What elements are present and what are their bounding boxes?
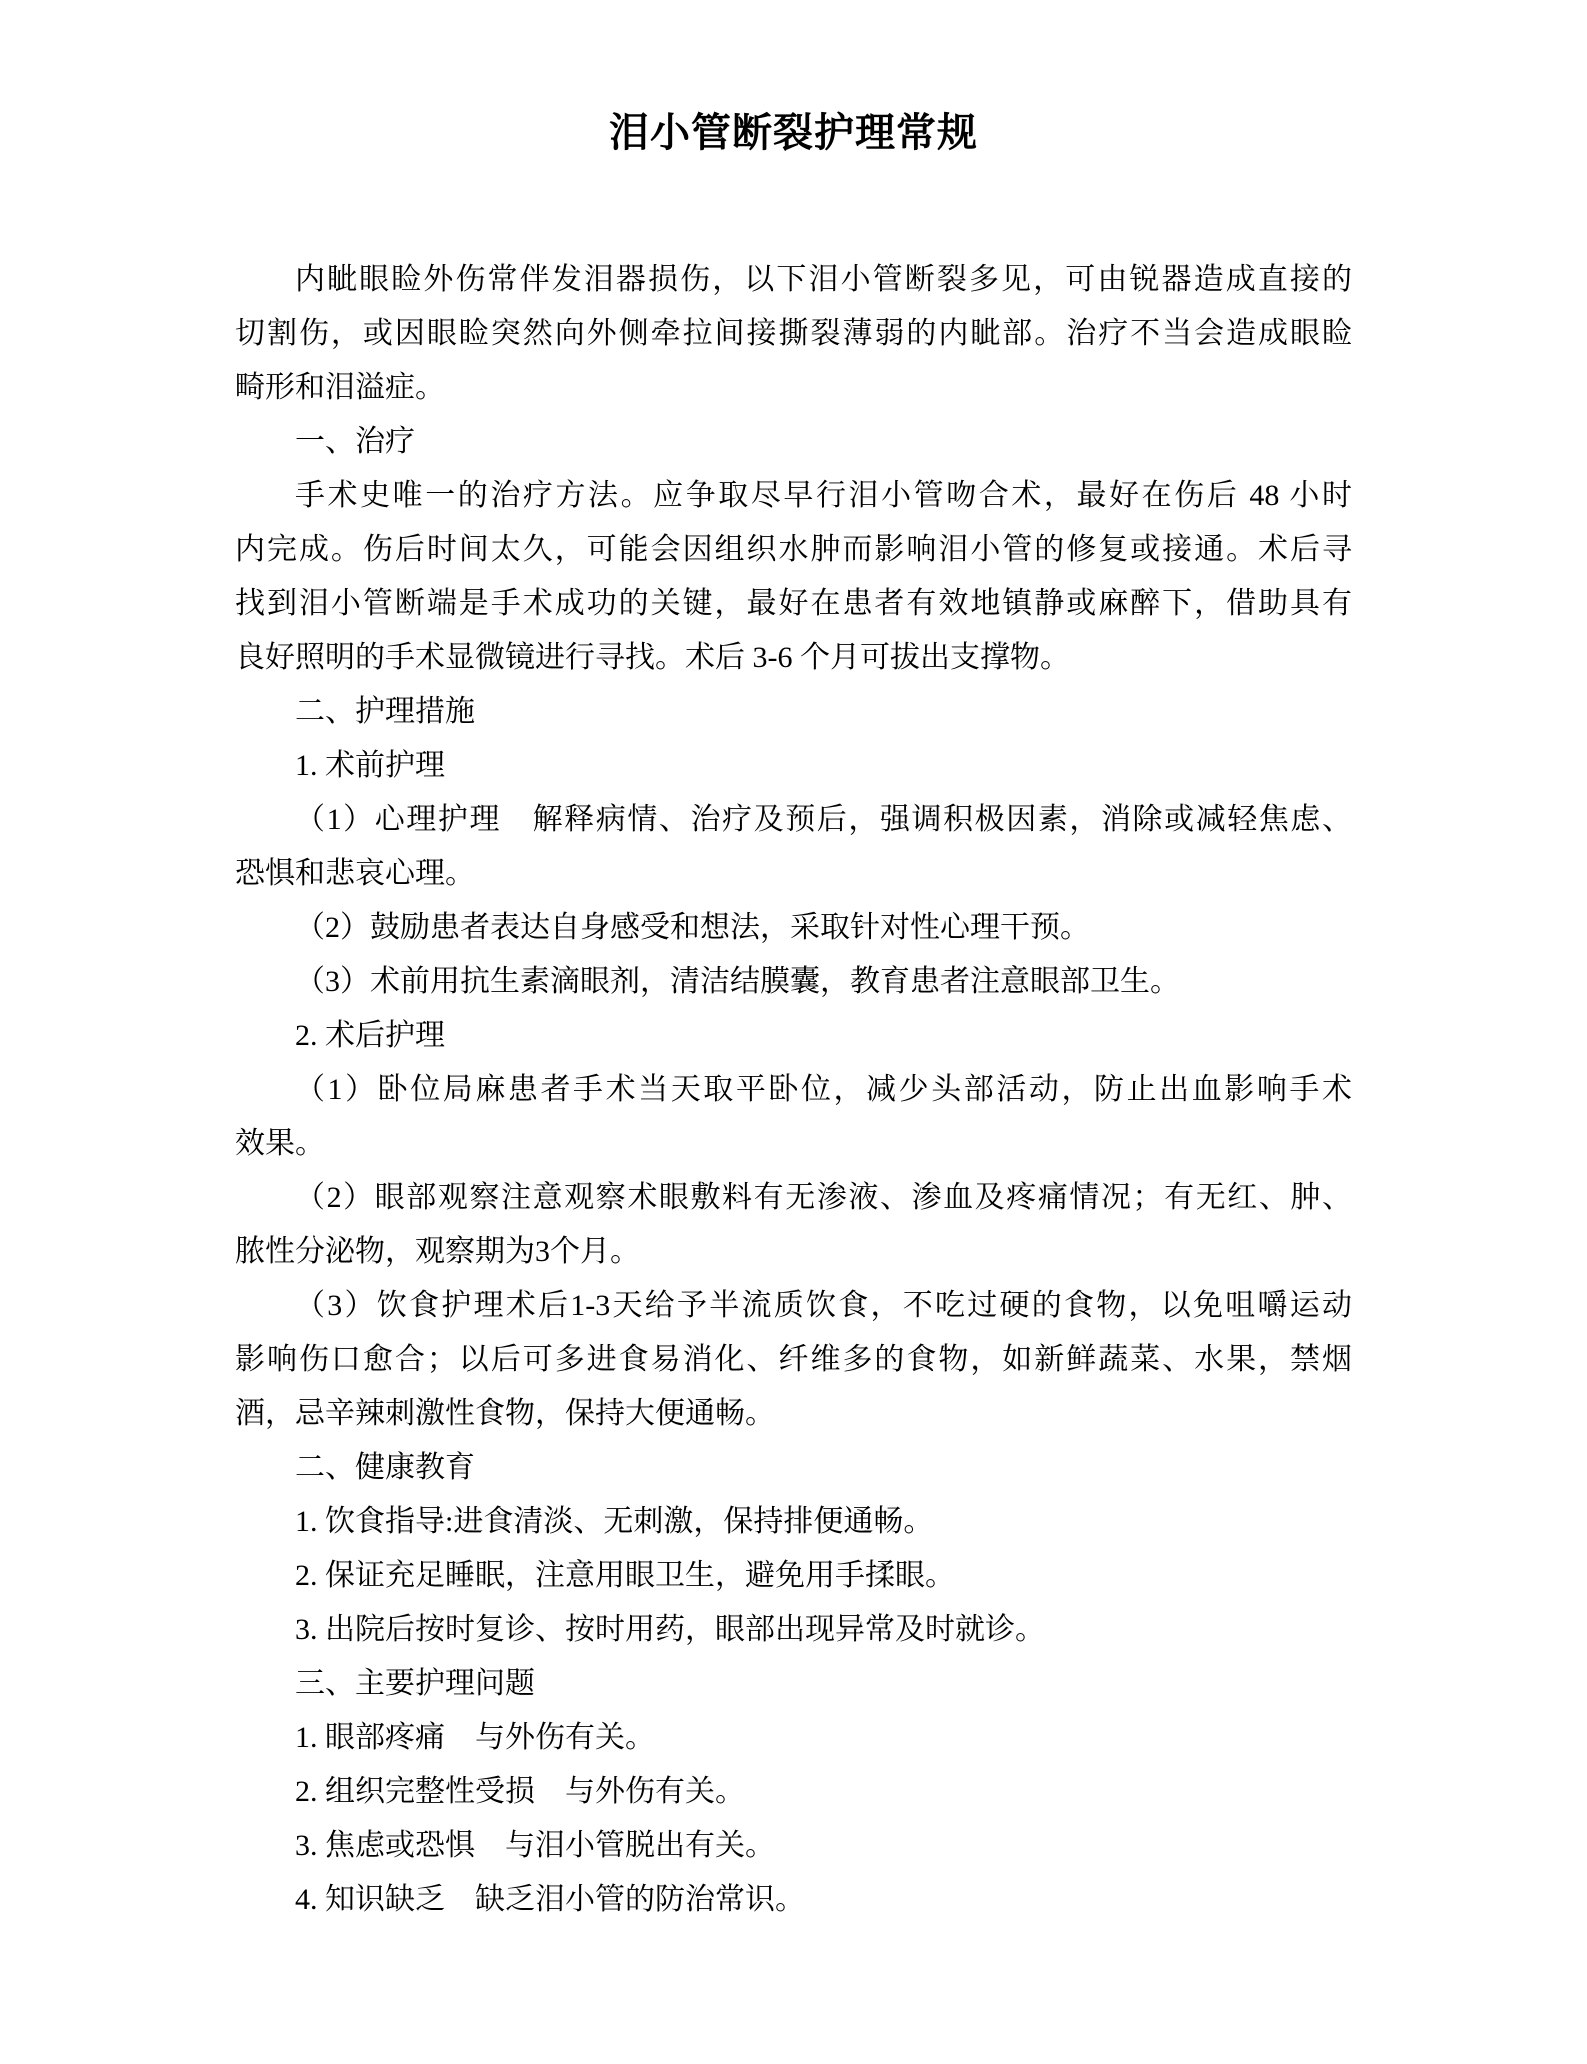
list-item-line: 恐惧和悲哀心理。 — [235, 847, 1352, 901]
list-item-line: 1. 眼部疼痛 与外伤有关。 — [235, 1711, 1352, 1765]
list-item-line: 4. 知识缺乏 缺乏泪小管的防治常识。 — [235, 1873, 1352, 1927]
list-item-line: （2）鼓励患者表达自身感受和想法，采取针对性心理干预。 — [235, 901, 1352, 955]
list-item-line: 效果。 — [235, 1117, 1352, 1171]
paragraph-line: 良好照明的手术显微镜进行寻找。术后 3-6 个月可拔出支撑物。 — [235, 631, 1352, 685]
subsection-heading: 2. 术后护理 — [235, 1009, 1352, 1063]
section-heading: 二、健康教育 — [235, 1441, 1352, 1495]
document-title: 泪小管断裂护理常规 — [235, 105, 1352, 161]
paragraph-line: 找到泪小管断端是手术成功的关键，最好在患者有效地镇静或麻醉下，借助具有 — [235, 577, 1352, 631]
list-item-line: 脓性分泌物，观察期为3个月。 — [235, 1225, 1352, 1279]
list-item-line: 2. 组织完整性受损 与外伤有关。 — [235, 1765, 1352, 1819]
paragraph-line: 畸形和泪溢症。 — [235, 361, 1352, 415]
paragraph-line: 内眦眼睑外伤常伴发泪器损伤，以下泪小管断裂多见，可由锐器造成直接的 — [235, 253, 1352, 307]
list-item-line: （1）卧位局麻患者手术当天取平卧位，减少头部活动，防止出血影响手术 — [235, 1063, 1352, 1117]
document-page: 泪小管断裂护理常规 内眦眼睑外伤常伴发泪器损伤，以下泪小管断裂多见，可由锐器造成… — [0, 0, 1587, 2064]
list-item-line: 3. 出院后按时复诊、按时用药，眼部出现异常及时就诊。 — [235, 1603, 1352, 1657]
list-item-line: 3. 焦虑或恐惧 与泪小管脱出有关。 — [235, 1819, 1352, 1873]
list-item-line: 酒，忌辛辣刺激性食物，保持大便通畅。 — [235, 1387, 1352, 1441]
section-heading: 三、主要护理问题 — [235, 1657, 1352, 1711]
paragraph-line: 切割伤，或因眼睑突然向外侧牵拉间接撕裂薄弱的内眦部。治疗不当会造成眼睑 — [235, 307, 1352, 361]
list-item-line: （3）饮食护理术后1-3天给予半流质饮食，不吃过硬的食物，以免咀嚼运动 — [235, 1279, 1352, 1333]
list-item-line: 2. 保证充足睡眠，注意用眼卫生，避免用手揉眼。 — [235, 1549, 1352, 1603]
section-heading: 二、护理措施 — [235, 685, 1352, 739]
list-item-line: 影响伤口愈合；以后可多进食易消化、纤维多的食物，如新鲜蔬菜、水果，禁烟 — [235, 1333, 1352, 1387]
list-item-line: （2）眼部观察注意观察术眼敷料有无渗液、渗血及疼痛情况；有无红、肿、 — [235, 1171, 1352, 1225]
paragraph-line: 手术史唯一的治疗方法。应争取尽早行泪小管吻合术，最好在伤后 48 小时 — [235, 469, 1352, 523]
list-item-line: （3）术前用抗生素滴眼剂，清洁结膜囊，教育患者注意眼部卫生。 — [235, 955, 1352, 1009]
paragraph-line: 内完成。伤后时间太久，可能会因组织水肿而影响泪小管的修复或接通。术后寻 — [235, 523, 1352, 577]
subsection-heading: 1. 术前护理 — [235, 739, 1352, 793]
list-item-line: 1. 饮食指导:进食清淡、无刺激，保持排便通畅。 — [235, 1495, 1352, 1549]
list-item-line: （1）心理护理 解释病情、治疗及预后，强调积极因素，消除或减轻焦虑、 — [235, 793, 1352, 847]
section-heading: 一、治疗 — [235, 415, 1352, 469]
